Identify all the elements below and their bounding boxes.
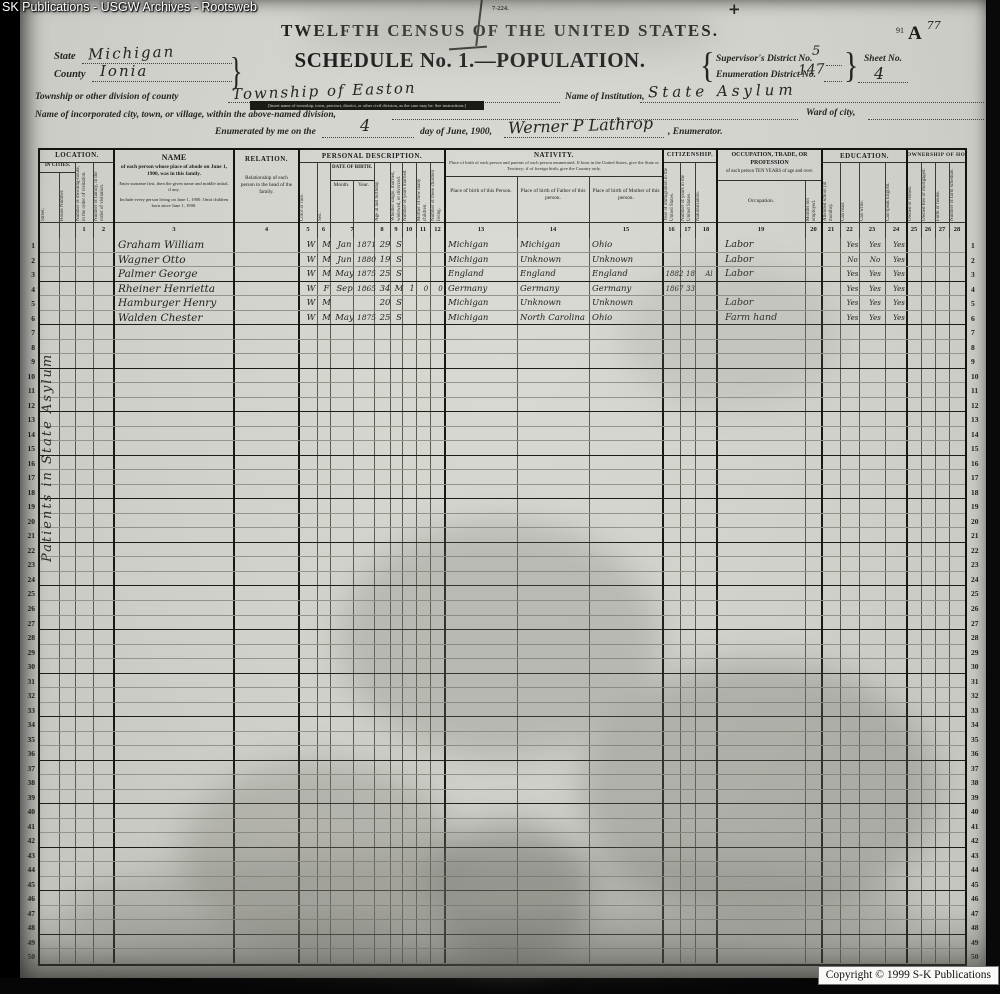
table-row [40,920,965,935]
table-row [40,616,965,631]
row-number: 15 [971,444,985,453]
row-number: 44 [971,865,985,874]
row-number: 25 [971,589,985,598]
row-number: 35 [971,735,985,744]
column-number: 4 [234,222,299,238]
table-row [40,383,965,398]
plate-script: 77 [927,19,941,32]
cell-marital: S [390,238,408,253]
row-number: 12 [22,401,35,410]
watermark: SK Publications - USGW Archives - Rootsw… [2,0,257,14]
row-number: 3 [971,270,985,279]
header-rule [40,162,114,163]
col-header-family: Number of family, in the order of visita… [94,163,113,222]
row-number: 33 [22,706,35,715]
col-header-age: Age at last birthday. [375,163,389,222]
dotted-line [322,137,414,138]
column-number: 15 [589,222,663,238]
column-number: 20 [805,222,822,238]
occupation-title: OCCUPATION, TRADE, OR PROFESSION [720,152,819,167]
dotted-line [826,65,842,66]
cell-english: Yes [885,282,913,297]
cell-name: Palmer George [114,267,240,282]
row-number: 4 [22,285,35,294]
name-desc1: of each person whose place of abode on J… [119,164,229,178]
stray-pen-mark: + [728,0,741,18]
header-rule [822,162,907,163]
row-number: 27 [971,619,985,628]
row-number: 34 [22,720,35,729]
row-number: 40 [971,807,985,816]
row-number: 7 [22,328,35,337]
cell-occupation: Labor [717,267,811,282]
table-row [40,703,965,718]
row-number: 48 [971,923,985,932]
cell-marital: S [390,253,408,268]
header-rule [907,162,965,163]
row-number: 46 [22,894,35,903]
col-header-years-married: Number of years married. [403,163,415,222]
enumerator-label: , Enumerator. [668,127,723,137]
cell-name: Wagner Otto [114,253,240,268]
row-number: 4 [971,285,985,294]
row-number: 21 [22,531,35,540]
column-number: 9 [390,222,402,238]
col-header-birth-father: Place of birth of Father of this person. [517,188,589,202]
row-number: 32 [971,691,985,700]
row-number: 43 [971,851,985,860]
row-number: 38 [22,778,35,787]
table-row [40,514,965,529]
row-number: 10 [22,372,35,381]
name-desc3: Include every person living on June 1, 1… [119,197,229,209]
name-desc2: Enter surname first, then the given name… [119,181,229,193]
column-number: 6 [317,222,330,238]
education-header: EDUCATION. [822,152,907,160]
table-row [40,862,965,877]
table-row [40,601,965,616]
row-number: 42 [22,836,35,845]
row-number: 47 [22,909,35,918]
cell-birth_mother: Unknown [589,253,669,268]
cell-name: Graham William [114,238,240,253]
column-number: 19 [717,222,805,238]
row-number: 9 [22,357,35,366]
table-row [40,456,965,471]
table-row [40,746,965,761]
row-number: 23 [22,560,35,569]
column-number: 23 [859,222,885,238]
col-header-read: Can read. [841,163,858,222]
col-header-occupation: Occupation. [717,198,805,205]
cell-birth_father: North Carolina [517,311,595,326]
col-header-color: Color or race. [300,163,316,222]
cell-birth_father: Michigan [517,238,595,253]
citizenship-header: CITIZENSHIP. [663,152,717,158]
table-row [40,645,965,660]
row-number: 50 [22,952,35,961]
table-row: Hamburger HenryWM20SMichiganUnknownUnkno… [40,296,965,311]
table-row [40,891,965,906]
row-number: 11 [971,386,985,395]
table-row: Graham WilliamWMJan187129SMichiganMichig… [40,238,965,253]
city-label: Name of incorporated city, town, or vill… [35,110,336,120]
table-row [40,906,965,921]
row-number: 27 [22,619,35,628]
table-row [40,470,965,485]
row-number: 42 [971,836,985,845]
cell-occupation: Farm hand [717,311,811,326]
table-row [40,572,965,587]
cell-birth_father: Unknown [517,253,595,268]
column-number: 1 [75,222,93,238]
personal-header: PERSONAL DESCRIPTION. [299,152,445,160]
col-header-naturalization: Naturalization. [696,163,716,222]
row-number: 28 [971,633,985,642]
row-number: 34 [971,720,985,729]
row-number: 15 [22,444,35,453]
table-row [40,790,965,805]
table-row [40,775,965,790]
table-row: Palmer GeorgeWMMay187525SEnglandEnglandE… [40,267,965,282]
column-number: 22 [840,222,859,238]
col-header-month: Month. [330,182,353,189]
cell-sex: M [317,296,336,311]
column-number: 24 [885,222,907,238]
cell-name: Hamburger Henry [114,296,240,311]
relation-title: RELATION. [240,155,293,163]
row-number: 49 [971,938,985,947]
dotted-line [824,81,842,82]
row-number: 44 [22,865,35,874]
cell-years_us: 33 [680,282,701,297]
table-row [40,325,965,340]
row-number: 38 [971,778,985,787]
cell-marital: S [390,296,408,311]
census-title: TWELFTH CENSUS OF THE UNITED STATES. [250,21,750,41]
census-table: LOCATION.IN CITIES.Street.House Number.N… [38,148,967,966]
location-header: LOCATION. [40,151,114,159]
row-number: 28 [22,633,35,642]
table-row [40,412,965,427]
cell-marital: S [390,311,408,326]
column-number: 10 [402,222,416,238]
table-row [40,717,965,732]
table-row [40,833,965,848]
institution-value: State Asylum [648,81,797,102]
supervisor-district-value: 5 [812,44,820,59]
cell-marital: S [390,267,408,282]
table-row [40,528,965,543]
table-row [40,935,965,950]
col-header-birth-person: Place of birth of this Person. [445,188,517,195]
column-number: 21 [822,222,840,238]
enumerated-day: 4 [360,116,370,135]
table-row [40,659,965,674]
row-number: 26 [22,604,35,613]
col-header-birth-mother: Place of birth of Mother of this person. [589,188,663,202]
column-number: 27 [935,222,949,238]
row-number: 2 [971,256,985,265]
dotted-line [640,102,984,103]
nativity-header: NATIVITY. [445,151,663,159]
col-header-sex: Sex. [318,163,329,222]
row-number: 20 [22,517,35,526]
cell-birth_father: England [517,267,595,282]
row-number: 12 [971,401,985,410]
enumerated-date-label: day of June, 1900, [420,127,492,137]
relation-desc: Relationship of each person to the head … [240,175,293,196]
plate-small: 91 [896,26,904,35]
cell-birth_mother: England [589,267,669,282]
cell-name: Walden Chester [114,311,240,326]
header-rule [445,176,663,177]
row-number: 33 [971,706,985,715]
dotted-line [504,137,664,138]
row-number: 29 [971,648,985,657]
col-header-owned: Owned or rented. [908,163,920,222]
cell-occupation: Labor [717,253,811,268]
row-number: 30 [971,662,985,671]
row-number: 17 [22,473,35,482]
dotted-line [858,82,908,83]
margin-note: Patients in State Asylum [40,232,55,562]
col-header-farm: Farm or house. [936,163,948,222]
occupation-header: OCCUPATION, TRADE, OR PROFESSIONof each … [717,150,822,180]
table-row: Walden ChesterWMMay187525SMichiganNorth … [40,311,965,326]
cell-english: Yes [885,311,913,326]
row-number: 48 [22,923,35,932]
table-row: Rheiner HenriettaWFSep186534M100GermanyG… [40,282,965,297]
cell-birth_mother: Unknown [589,296,669,311]
state-value: Michigan [88,42,176,63]
column-number: 13 [445,222,517,238]
enumerated-label: Enumerated by me on the [215,127,316,137]
row-number: 31 [22,677,35,686]
table-row [40,949,965,964]
ward-label: Ward of city, [806,108,855,118]
table-row [40,761,965,776]
institution-label: Name of Institution, [565,92,644,102]
row-number: 13 [971,415,985,424]
row-number: 5 [22,299,35,308]
cell-birth_mother: Ohio [589,311,669,326]
cell-birth_mother: Germany [589,282,669,297]
col-header-mortgage: Owned free or mortgaged. [922,163,934,222]
row-number: 37 [971,764,985,773]
cell-english: Yes [885,238,913,253]
scan-edge-right [987,0,1000,978]
county-value: Ionia [100,62,148,80]
cell-birth_person: England [445,267,523,282]
row-number: 2 [22,256,35,265]
col-header-street: Street. [41,172,58,222]
table-row [40,630,965,645]
row-number: 11 [22,386,35,395]
row-number: 49 [22,938,35,947]
row-number: 39 [971,793,985,802]
cell-name: Rheiner Henrietta [114,282,240,297]
dob-header: DATE OF BIRTH. [330,165,374,172]
col-header-house: House Number. [60,172,74,222]
column-number: 28 [949,222,965,238]
col-header-write: Can write. [860,163,884,222]
brace-left: { [700,46,714,87]
table-row [40,557,965,572]
col-header-years-us: Number of years in the United States. [681,163,694,222]
column-number: 8 [374,222,390,238]
column-number: 26 [921,222,935,238]
dotted-line [92,81,232,82]
col-header-children-living: Number of these children living. [431,163,444,222]
row-number: 25 [22,589,35,598]
township-note: [Insert name of township, town, precinct… [250,101,484,110]
row-number: 1 [22,241,35,250]
nativity-desc: Place of birth of each person and parent… [449,160,659,171]
column-number: 2 [93,222,114,238]
header-rule [40,172,75,173]
row-number: 3 [22,270,35,279]
row-number: 10 [971,372,985,381]
form-number: 7-224. [492,5,509,12]
row-number: 22 [22,546,35,555]
header-rule [330,180,374,181]
in-cities-header: IN CITIES. [40,163,75,168]
sheet-label: Sheet No. [864,54,902,64]
brace-right: } [844,46,858,87]
table-row: Wagner OttoWMJun188019SMichiganUnknownUn… [40,253,965,268]
cell-english: Yes [885,267,913,282]
column-number [59,222,75,238]
table-row [40,427,965,442]
col-header-marital: Whether single, married, widowed, or div… [391,163,401,222]
column-number: 5 [299,222,317,238]
row-number: 45 [971,880,985,889]
column-number: 11 [416,222,430,238]
table-row [40,441,965,456]
row-number: 24 [22,575,35,584]
row-number: 7 [971,328,985,337]
table-row [40,485,965,500]
row-number: 14 [22,430,35,439]
row-number: 17 [971,473,985,482]
table-row [40,848,965,863]
row-number: 13 [22,415,35,424]
schedule-title: SCHEDULE No. 1.—POPULATION. [270,48,670,73]
row-number: 41 [971,822,985,831]
row-number: 18 [22,488,35,497]
header-rule [663,162,717,163]
table-row [40,819,965,834]
row-number: 14 [971,430,985,439]
state-label: State [54,51,76,62]
column-number: 14 [517,222,589,238]
row-number: 8 [22,343,35,352]
table-row [40,369,965,384]
cell-occupation: Labor [717,238,811,253]
plate-mark: 91 A 77 [896,19,941,45]
table-row [40,586,965,601]
col-header-months-not-employed: Months not employed. [806,181,821,222]
header-rule [299,162,445,163]
cell-birth_person: Michigan [445,238,523,253]
col-header-imm-year: Year of immigration to the United States… [664,163,679,222]
cell-birth_father: Unknown [517,296,595,311]
table-row [40,877,965,892]
row-number: 39 [22,793,35,802]
cell-english: Yes [885,253,913,268]
dotted-line [868,119,984,120]
cell-birth_person: Michigan [445,311,523,326]
table-header: LOCATION.IN CITIES.Street.House Number.N… [40,150,965,238]
row-number: 24 [971,575,985,584]
relation-header: RELATION.Relationship of each person to … [234,150,299,222]
column-number: 3 [114,222,234,238]
column-number: 18 [695,222,717,238]
table-row [40,688,965,703]
occupation-desc: of each person TEN YEARS of age and over… [720,169,819,174]
row-number: 16 [22,459,35,468]
row-number: 50 [971,952,985,961]
row-number: 45 [22,880,35,889]
row-number: 36 [971,749,985,758]
cell-birth_mother: Ohio [589,238,669,253]
row-number: 22 [971,546,985,555]
row-number: 40 [22,807,35,816]
table-body: Graham WilliamWMJan187129SMichiganMichig… [40,238,965,964]
column-number: 7 [330,222,374,238]
table-row [40,340,965,355]
table-row [40,354,965,369]
table-row [40,499,965,514]
col-header-english: Can speak English. [886,163,906,222]
row-number: 37 [22,764,35,773]
col-header-school: Attended school (in months). [823,163,839,222]
row-number: 21 [971,531,985,540]
row-number: 26 [971,604,985,613]
row-number: 36 [22,749,35,758]
table-row [40,398,965,413]
cell-birth_person: Germany [445,282,523,297]
row-number: 9 [971,357,985,366]
header-rule [717,180,822,181]
row-number: 32 [22,691,35,700]
cell-birth_person: Michigan [445,253,523,268]
row-number: 1 [971,241,985,250]
row-number: 5 [971,299,985,308]
row-number: 35 [22,735,35,744]
table-row [40,674,965,689]
township-label: Township or other division of county [35,92,179,102]
table-row [40,543,965,558]
col-header-schedule: Number of farm schedule. [950,163,964,222]
row-number: 41 [22,822,35,831]
row-number: 46 [971,894,985,903]
row-number: 43 [22,851,35,860]
col-header-mother-children: Mother of how many children. [417,163,429,222]
row-number: 29 [22,648,35,657]
row-number: 6 [971,314,985,323]
column-number: 16 [663,222,680,238]
col-header-dwelling: Number of dwelling-house, in the order o… [76,163,92,222]
cell-birth_father: Germany [517,282,595,297]
name-header: NAMEof each person whose place of abode … [114,150,234,222]
sheet-value: 4 [874,64,884,83]
name-title: NAME [119,153,229,162]
row-number: 19 [971,502,985,511]
row-number: 23 [971,560,985,569]
row-number: 47 [971,909,985,918]
